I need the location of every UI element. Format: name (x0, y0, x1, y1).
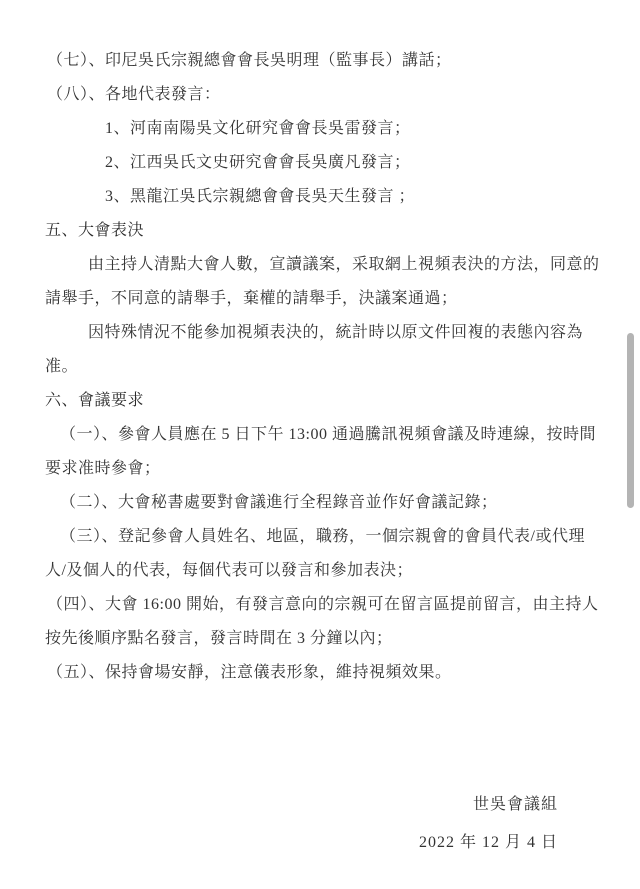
signature-org: 世吳會議組 (45, 786, 558, 824)
numbered-item-2: 2、江西吳氏文史研究會會長吳廣凡發言； (45, 146, 600, 180)
list-item-7: （七）、印尼吳氏宗親總會會長吳明理（監事長）講話； (45, 44, 600, 78)
section5-heading: 五、大會表決 (45, 214, 600, 248)
section6-heading: 六、會議要求 (45, 384, 600, 418)
signature-block: 世吳會議組 2022 年 12 月 4 日 (45, 786, 600, 862)
numbered-item-3: 3、黑龍江吳氏宗親總會會長吳天生發言 ； (45, 180, 600, 214)
document-content: （七）、印尼吳氏宗親總會會長吳明理（監事長）講話； （八）、各地代表發言： 1、… (0, 0, 640, 862)
numbered-item-1: 1、河南南陽吳文化研究會會長吳雷發言； (45, 112, 600, 146)
section5-paragraph-2: 因特殊情況不能參加視頻表決的，統計時以原文件回複的表態內容為准。 (45, 316, 600, 384)
requirement-item-4: （四）、大會 16:00 開始，有發言意向的宗親可在留言區提前留言，由主持人按先… (45, 588, 600, 656)
section5-paragraph-1: 由主持人清點大會人數，宣讀議案，采取網上視頻表決的方法，同意的請舉手，不同意的請… (45, 248, 600, 316)
requirement-item-1: （一）、參會人員應在 5 日下午 13:00 通過騰訊視頻會議及時連線，按時間要… (45, 418, 600, 486)
list-item-8: （八）、各地代表發言： (45, 78, 600, 112)
requirement-item-5: （五）、保持會場安靜，注意儀表形象，維持視頻效果。 (45, 656, 600, 690)
signature-date: 2022 年 12 月 4 日 (45, 824, 558, 862)
requirement-item-2: （二）、大會秘書處要對會議進行全程錄音並作好會議記錄； (45, 486, 600, 520)
scrollbar-thumb[interactable] (627, 333, 634, 508)
requirement-item-3: （三）、登記參會人員姓名、地區，職務，一個宗親會的會員代表/或代理人/及個人的代… (45, 520, 600, 588)
document-page: （七）、印尼吳氏宗親總會會長吳明理（監事長）講話； （八）、各地代表發言： 1、… (0, 0, 640, 889)
